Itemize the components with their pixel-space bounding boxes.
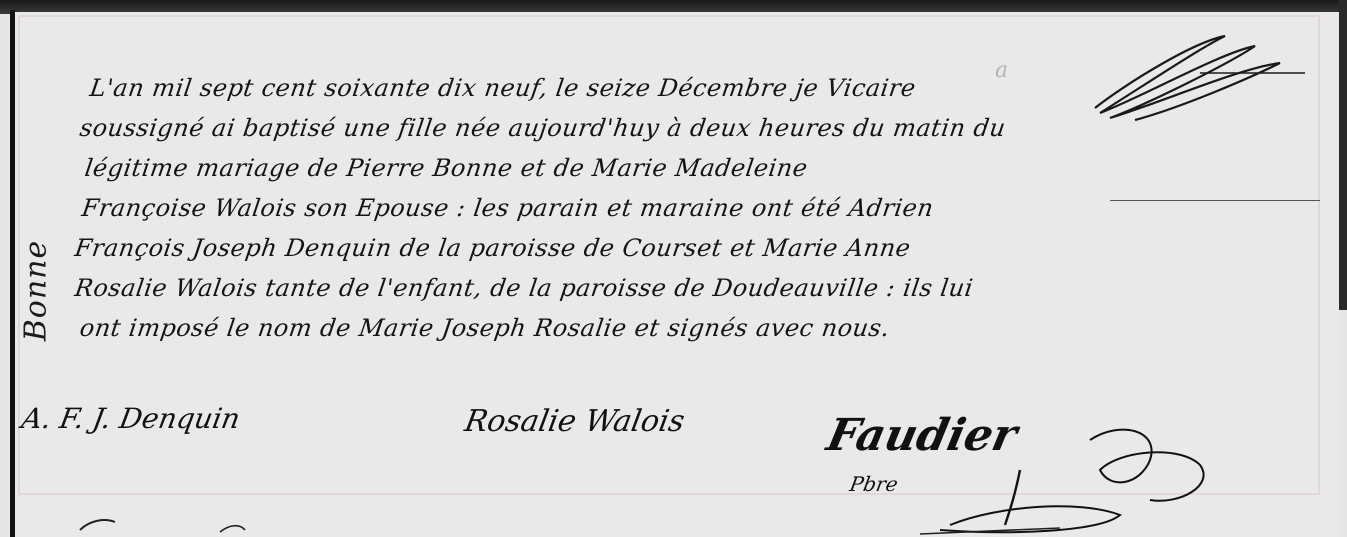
entry-line: François Joseph Denquin de la paroisse d…: [67, 228, 1303, 268]
margin-name-note: Bonne: [6, 190, 66, 390]
margin-note-text: Bonne: [19, 239, 54, 341]
entry-line: légitime mariage de Pierre Bonne et de M…: [67, 148, 1303, 188]
entry-line: L'an mil sept cent soixante dix neuf, le…: [67, 68, 1303, 108]
scan-right-edge: [1339, 0, 1347, 310]
entry-line: ont imposé le nom de Marie Joseph Rosali…: [67, 308, 1303, 348]
signature-godmother: Rosalie Walois: [462, 404, 687, 439]
next-entry-fragment: [20, 510, 1347, 537]
entry-line: soussigné ai baptisé une fille née aujou…: [67, 108, 1303, 148]
entry-body: L'an mil sept cent soixante dix neuf, le…: [70, 68, 1300, 348]
signature-godfather: A. F. J. Denquin: [19, 402, 243, 435]
entry-line: Françoise Walois son Epouse : les parain…: [67, 188, 1303, 228]
entry-line: Rosalie Walois tante de l'enfant, de la …: [67, 268, 1303, 308]
